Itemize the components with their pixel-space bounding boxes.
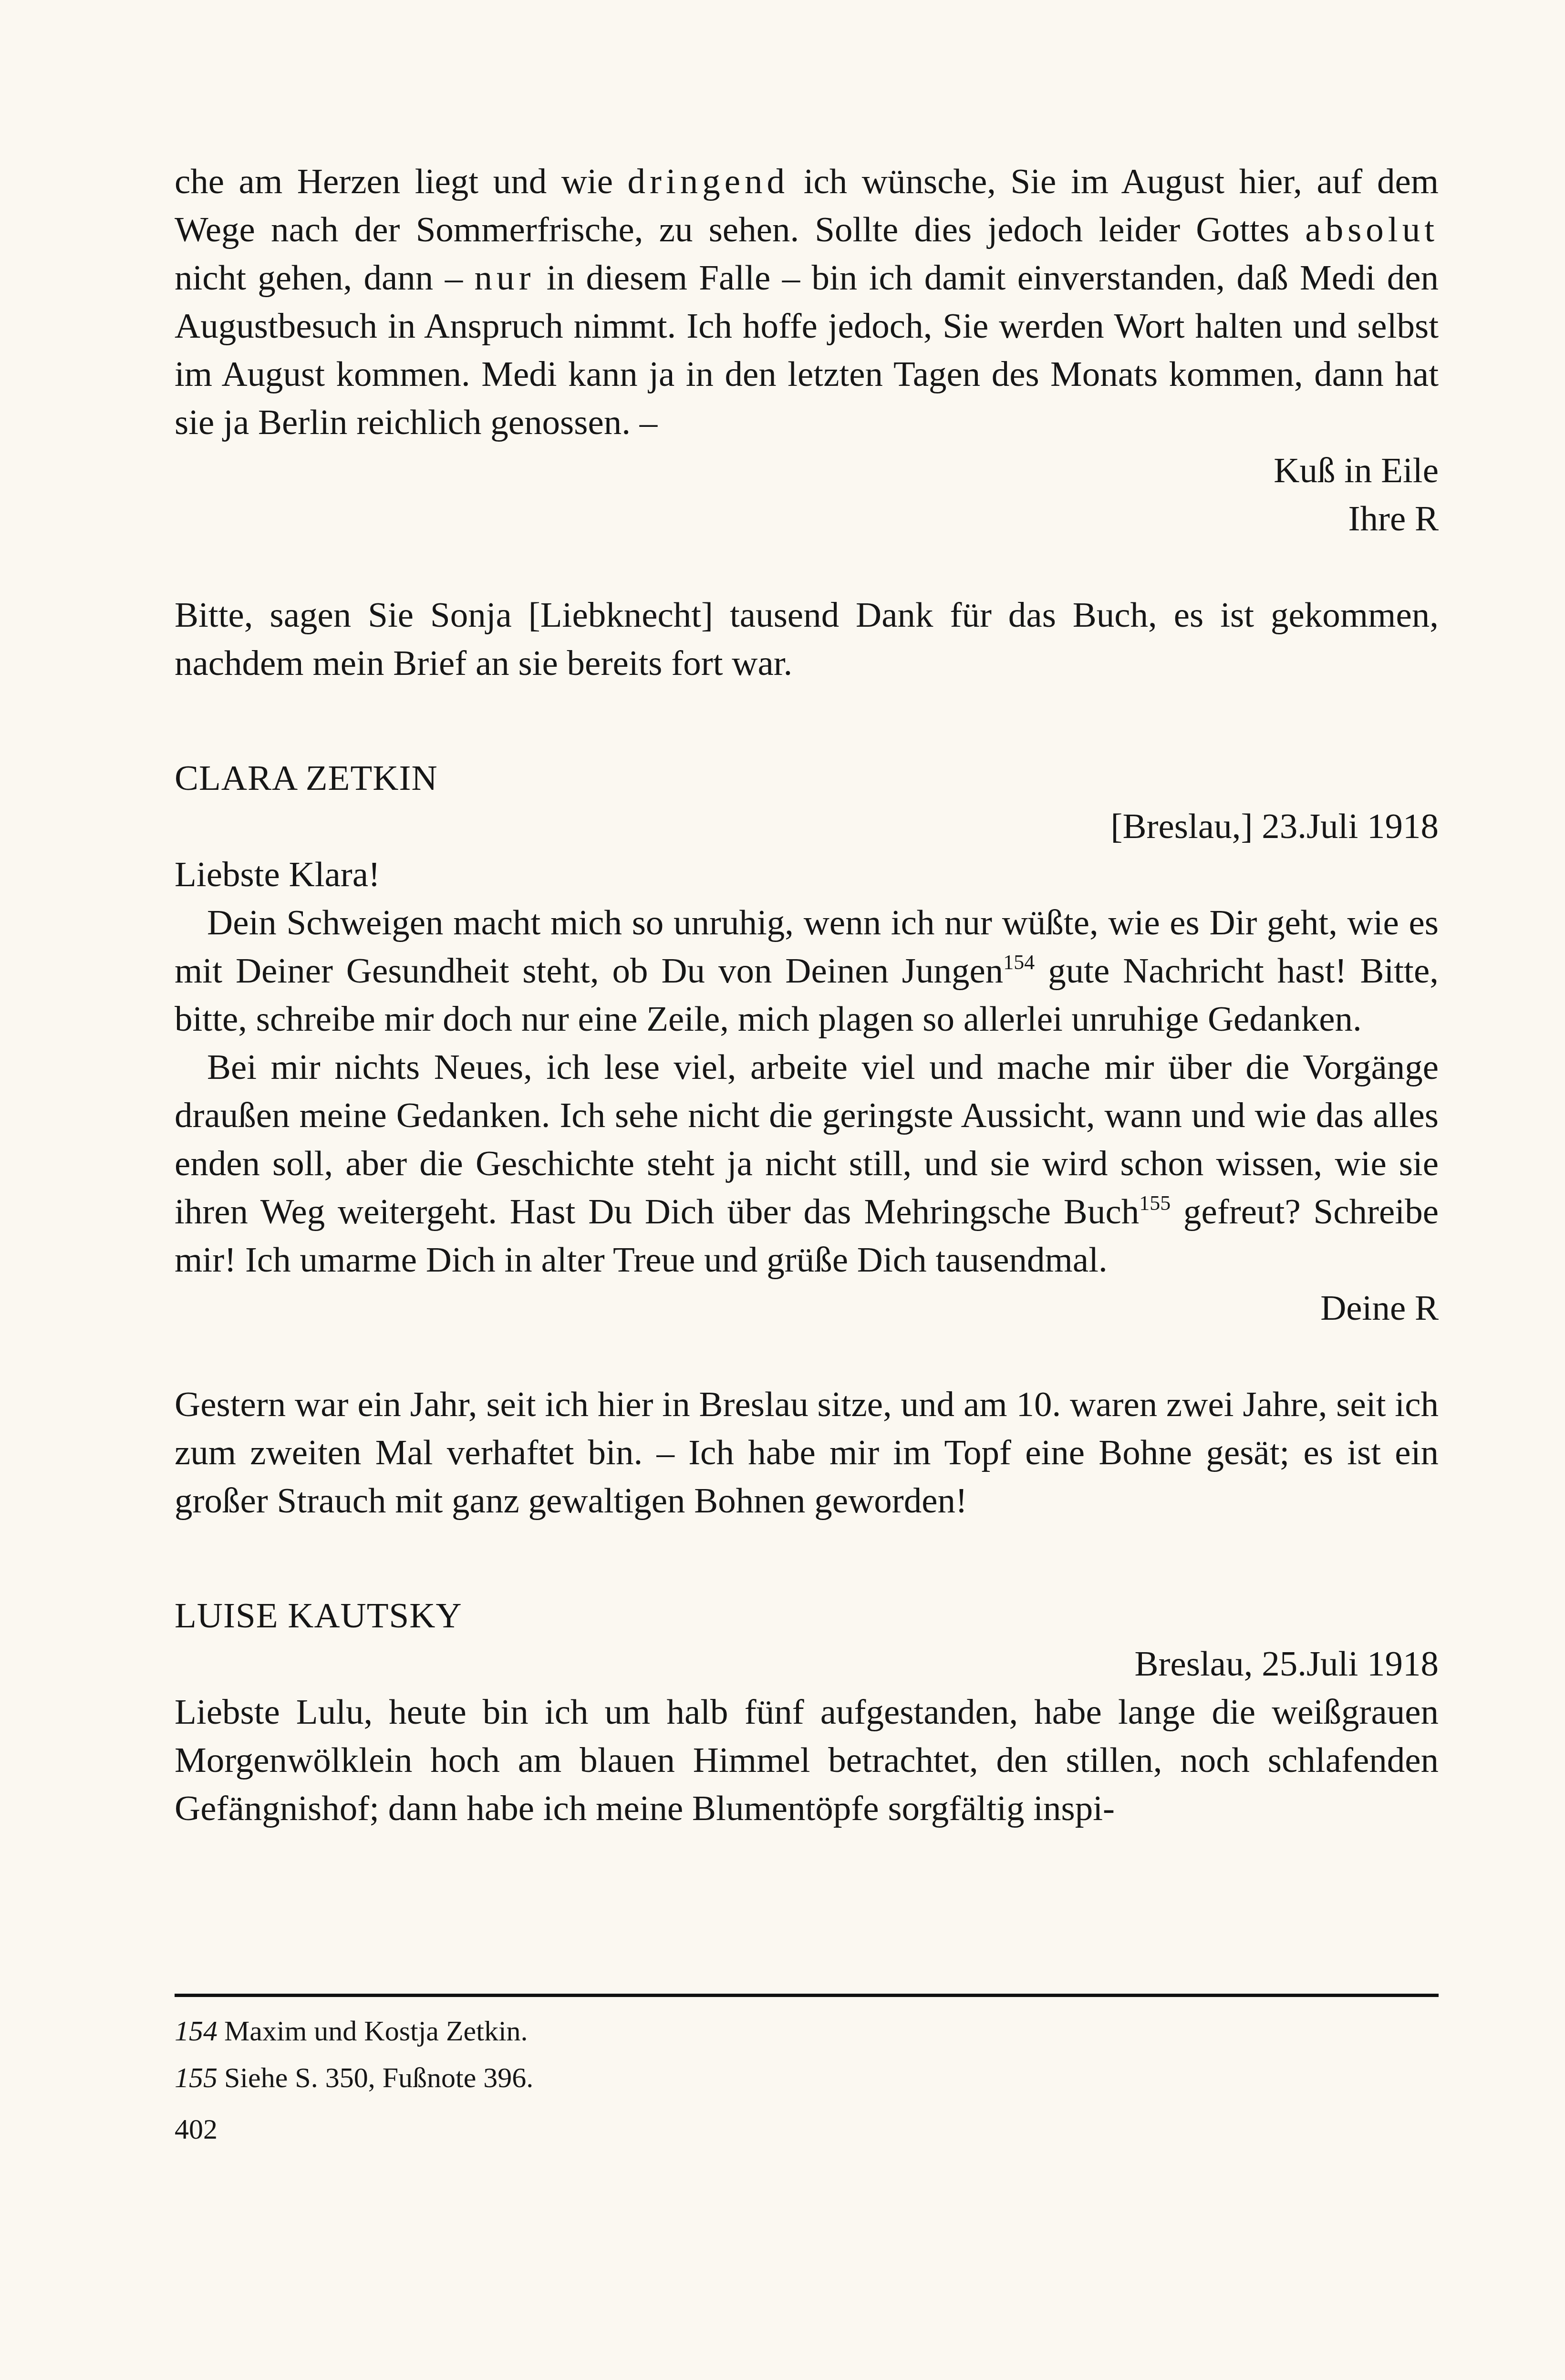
letter-paragraph: Liebste Lulu, heute bin ich um halb fünf…: [175, 1688, 1439, 1832]
signature-ihre-r: Ihre R: [175, 495, 1439, 543]
footnote-154: 154Maxim und Kostja Zetkin.: [175, 2007, 1439, 2054]
emphasis-dringend: dringend: [628, 162, 789, 201]
emphasis-absolut: absolut: [1305, 210, 1439, 249]
footnote-ref-155[interactable]: 155: [1139, 1191, 1171, 1215]
footnote-155: 155Siehe S. 350, Fußnote 396.: [175, 2054, 1439, 2101]
letter-continuation: che am Herzen liegt und wie dringend ich…: [175, 157, 1439, 446]
emphasis-nur: nur: [475, 258, 535, 298]
letter-paragraph: Bei mir nichts Neues, ich lese viel, arb…: [175, 1043, 1439, 1284]
footnotes: 154Maxim und Kostja Zetkin. 155Siehe S. …: [175, 1994, 1439, 2101]
salutation: Liebste Klara!: [175, 850, 1439, 899]
recipient-heading-clara-zetkin: CLARA ZETKIN: [175, 754, 1439, 802]
letter-date: [Breslau,] 23.Juli 1918: [175, 802, 1439, 850]
footnote-divider: [175, 1994, 1439, 1997]
signature-deine-r: Deine R: [175, 1284, 1439, 1332]
footnote-ref-154[interactable]: 154: [1003, 951, 1035, 974]
page-body: che am Herzen liegt und wie dringend ich…: [175, 157, 1439, 1832]
letter-paragraph: Dein Schweigen macht mich so unruhig, we…: [175, 899, 1439, 1043]
postscript-bohne: Gestern war ein Jahr, seit ich hier in B…: [175, 1380, 1439, 1525]
recipient-heading-luise-kautsky: LUISE KAUTSKY: [175, 1592, 1439, 1640]
postscript-sonja: Bitte, sagen Sie Sonja [Liebknecht] taus…: [175, 591, 1439, 687]
page-number: 402: [175, 2113, 218, 2146]
closing-kuss: Kuß in Eile: [175, 446, 1439, 495]
letter-date: Breslau, 25.Juli 1918: [175, 1640, 1439, 1688]
